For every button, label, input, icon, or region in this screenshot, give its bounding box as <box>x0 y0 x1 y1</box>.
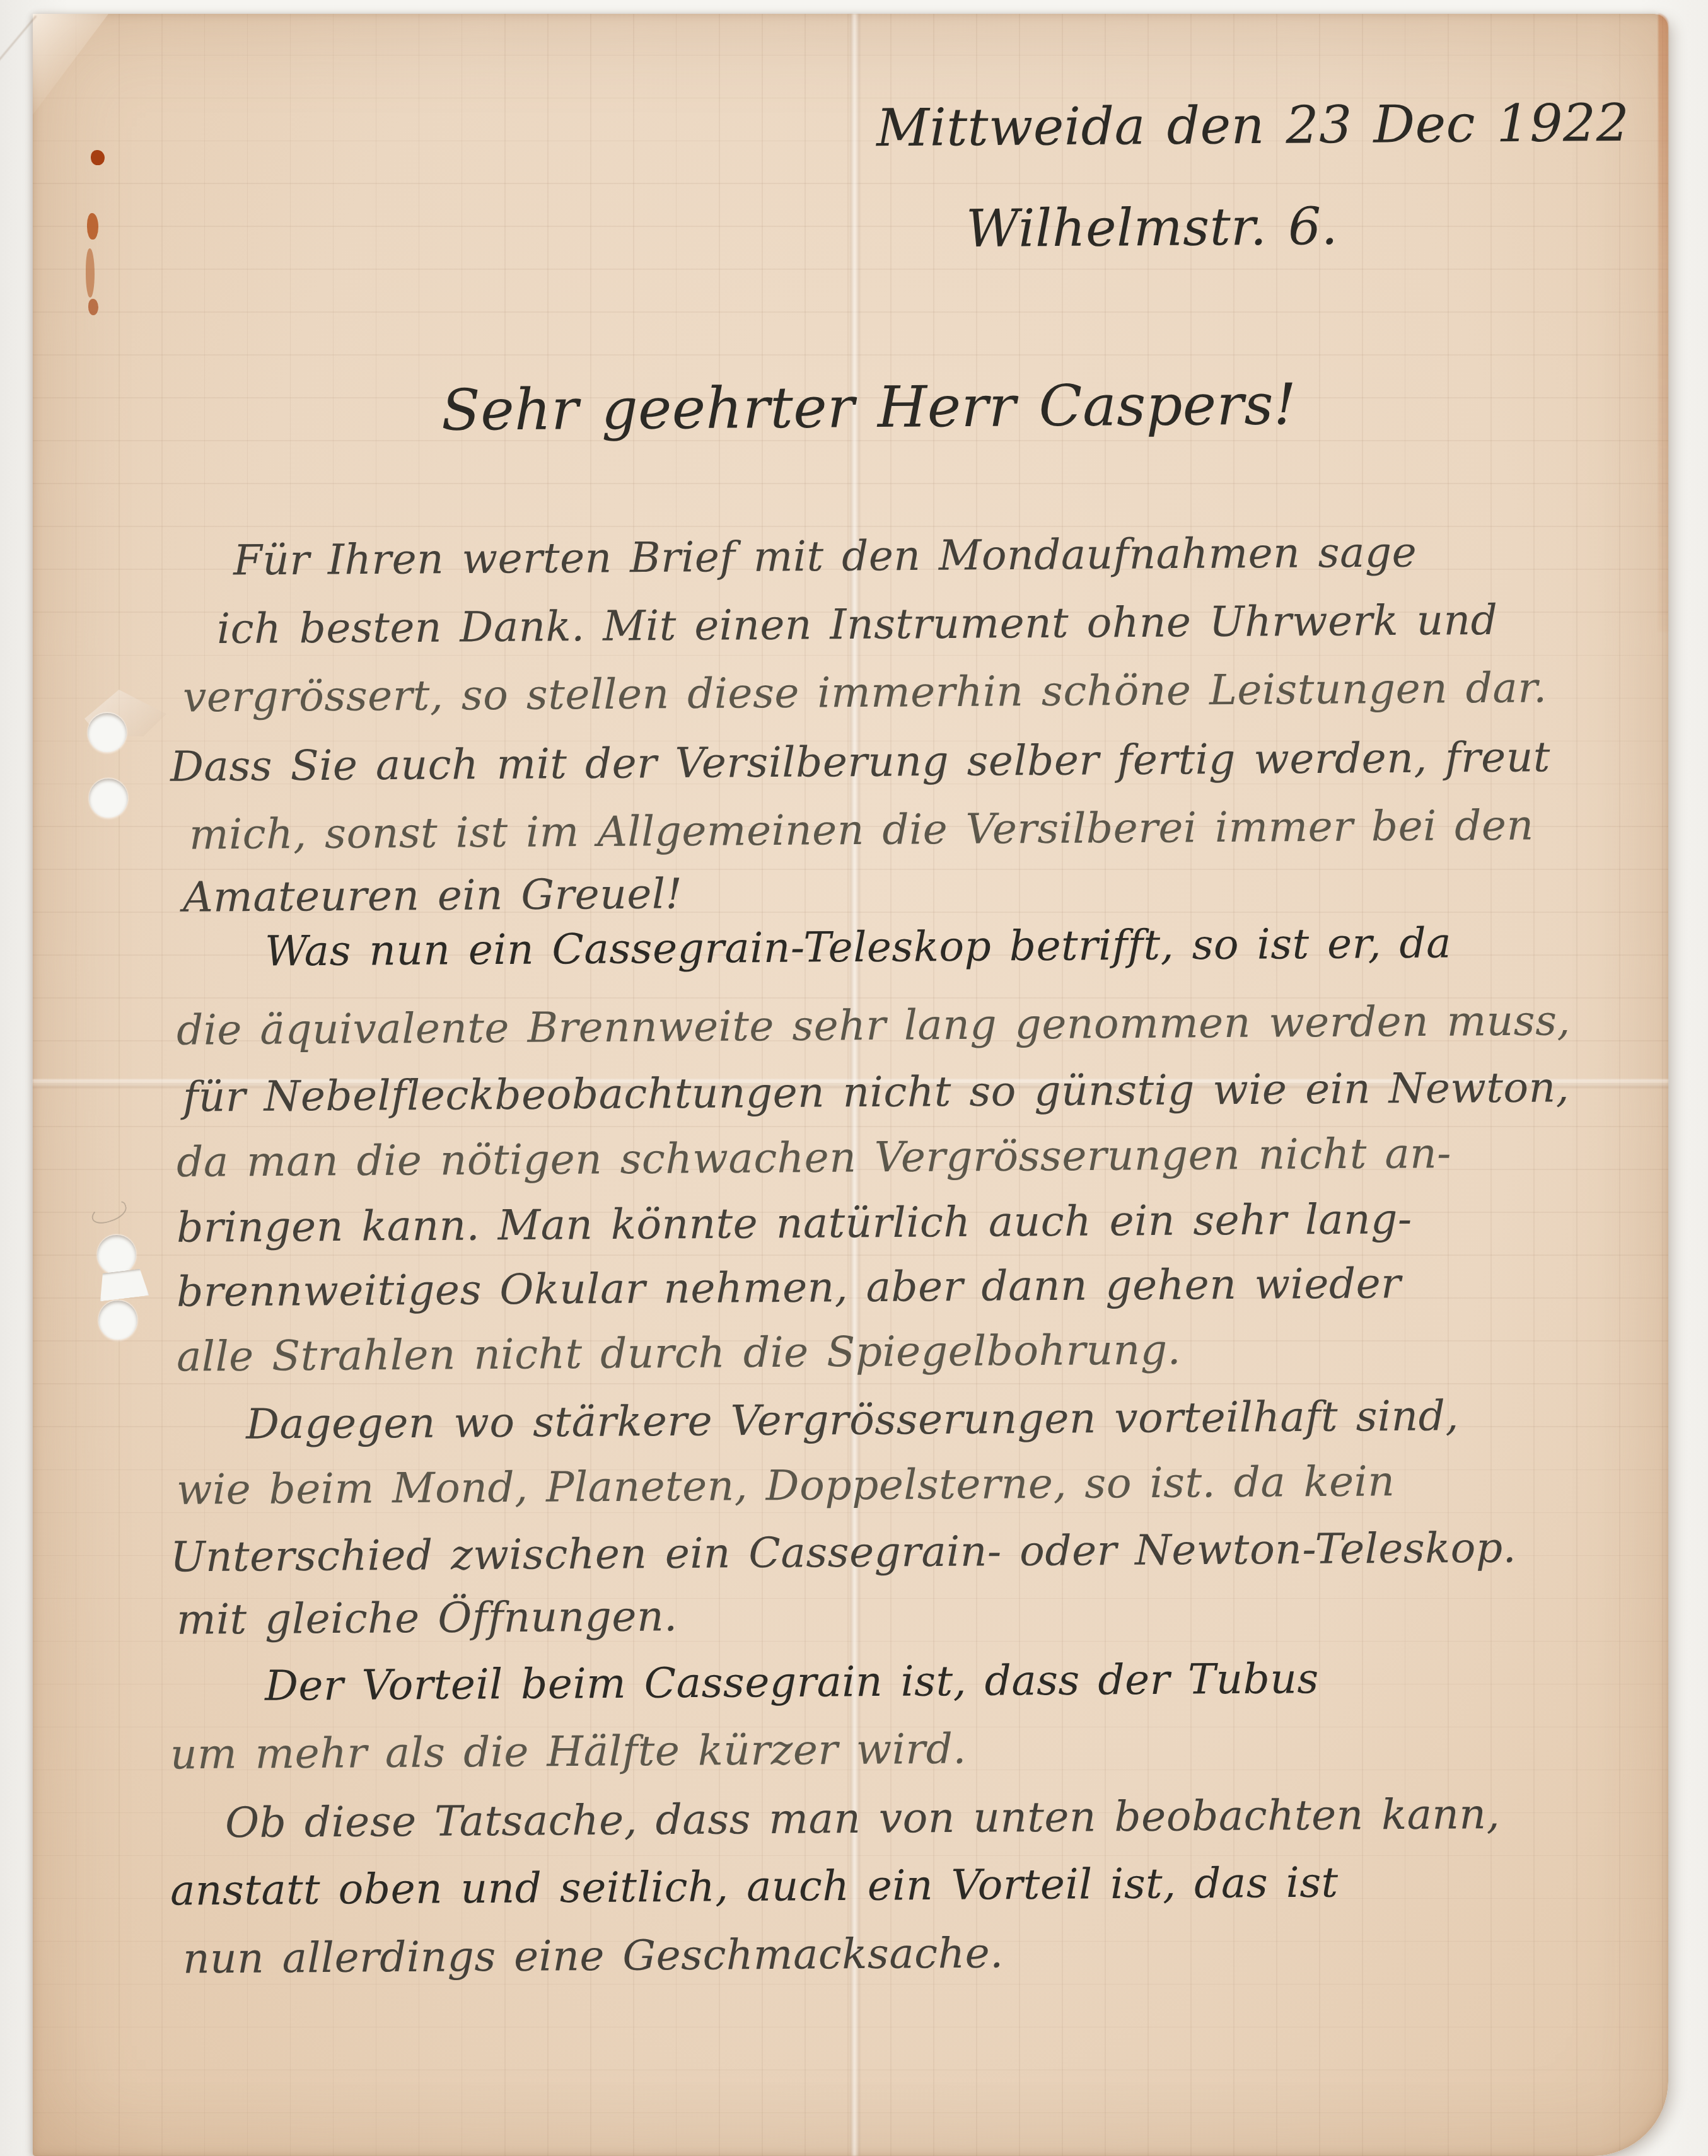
corner-crease <box>0 16 37 74</box>
salutation: Sehr geehrter Herr Caspers! <box>441 371 1297 443</box>
body-line: Der Vorteil beim Cassegrain ist, dass de… <box>265 1654 1319 1710</box>
body-line: bringen kann. Man könnte natürlich auch … <box>177 1195 1412 1252</box>
body-line: die äquivalente Brennweite sehr lang gen… <box>177 996 1571 1054</box>
body-line: Unterschied zwischen ein Cassegrain- ode… <box>170 1524 1517 1582</box>
rust-stain <box>86 248 95 298</box>
body-line: nun allerdings eine Geschmacksache. <box>183 1928 1004 1983</box>
punch-hole <box>98 1301 137 1340</box>
body-line: Dagegen wo stärkere Vergrösserungen vort… <box>246 1391 1459 1448</box>
punch-hole <box>89 779 128 818</box>
letter-page: Mittweida den 23 Dec 1922 Wilhelmstr. 6.… <box>33 14 1668 2156</box>
body-line: Amateuren ein Greuel! <box>183 869 683 922</box>
body-line: ich besten Dank. Mit einen Instrument oh… <box>217 596 1498 653</box>
body-line: anstatt oben und seitlich, auch ein Vort… <box>170 1858 1339 1915</box>
punch-hole <box>88 713 127 752</box>
body-line: alle Strahlen nicht durch die Spiegelboh… <box>177 1325 1181 1381</box>
pencil-scribble <box>89 1198 129 1227</box>
torn-paper-flap <box>97 1268 149 1301</box>
body-line: wie beim Mond, Planeten, Doppelsterne, s… <box>177 1457 1395 1514</box>
body-line: brennweitiges Okular nehmen, aber dann g… <box>177 1259 1402 1316</box>
rust-stain <box>87 213 98 240</box>
body-line: Was nun ein Cassegrain-Teleskop betrifft… <box>265 919 1452 975</box>
body-line: für Nebelfleckbeobachtungen nicht so gün… <box>183 1063 1570 1121</box>
punch-hole <box>97 1235 136 1274</box>
dateline: Mittweida den 23 Dec 1922 <box>876 93 1630 158</box>
body-line: um mehr als die Hälfte kürzer wird. <box>170 1725 967 1779</box>
address-line: Wilhelmstr. 6. <box>966 197 1339 259</box>
folded-corner-top-left <box>33 14 108 115</box>
body-line: mit gleiche Öffnungen. <box>177 1592 678 1644</box>
body-line: mich, sonst ist im Allgemeinen die Versi… <box>189 801 1534 859</box>
body-line: da man die nötigen schwachen Vergrösseru… <box>177 1129 1451 1186</box>
body-line: vergrössert, so stellen diese immerhin s… <box>183 663 1547 721</box>
rust-stain <box>88 299 98 315</box>
right-edge-rust-tint <box>1658 14 1668 632</box>
body-line: Dass Sie auch mit der Versilberung selbe… <box>170 733 1550 791</box>
body-line: Ob diese Tatsache, dass man von unten be… <box>225 1790 1500 1847</box>
body-line: Für Ihren werten Brief mit den Mondaufna… <box>233 528 1417 584</box>
scanner-background: Mittweida den 23 Dec 1922 Wilhelmstr. 6.… <box>0 0 1708 2156</box>
rust-stain <box>91 150 105 165</box>
